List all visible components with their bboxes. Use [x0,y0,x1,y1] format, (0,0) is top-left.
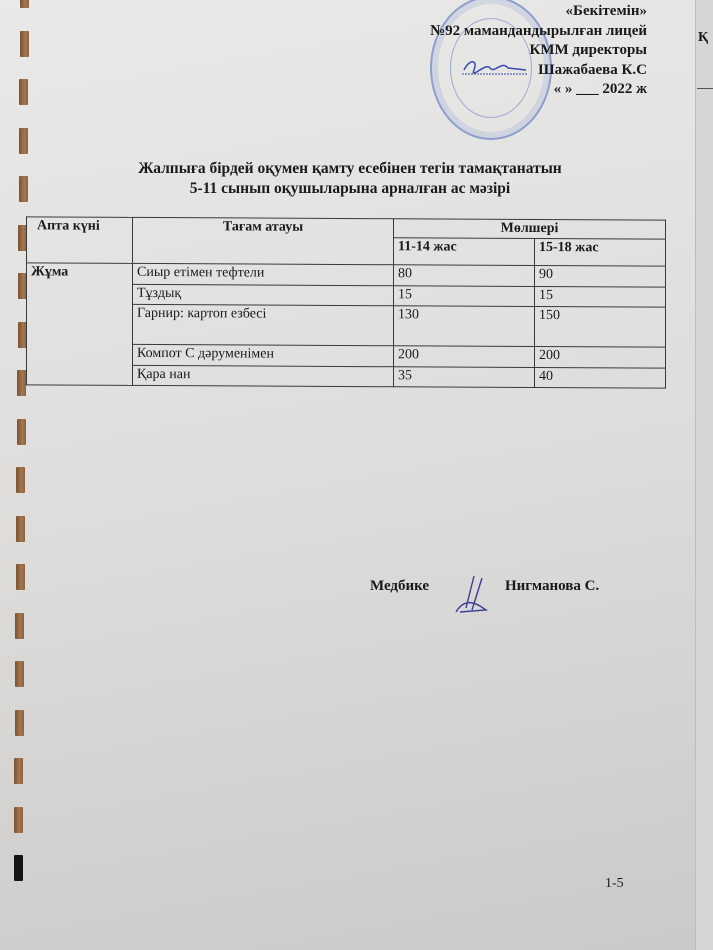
binder-tab [19,79,28,105]
amount-15-18-cell: 200 [535,346,666,368]
signer-name: Нигманова С. [505,578,599,595]
binder-tab [15,661,24,687]
dish-cell: Тұздық [133,284,394,305]
amount-11-14-cell: 130 [394,306,535,347]
binder-tab [19,128,28,154]
binder-tab [15,710,24,736]
header-row: Апта күні Тағам атауы Мөлшері [27,217,666,239]
binder-tab [16,564,25,590]
dish-cell: Қара нан [133,365,394,386]
binder-tab [20,0,29,8]
document-title-line1: Жалпыға бірдей оқумен қамту есебінен тег… [0,160,700,178]
amount-15-18-cell: 90 [535,265,666,287]
binder-tab [16,516,25,542]
binder-tab [14,855,23,881]
amount-15-18-cell: 15 [535,286,666,307]
amount-15-18-cell: 40 [535,367,666,388]
amount-11-14-cell: 35 [394,367,535,388]
table-row: ЖұмаСиыр етімен тефтели8090 [27,263,666,287]
binder-tab [20,31,29,57]
approval-heading: «Бекітемін» [430,2,647,22]
dish-cell: Компот С дәруменімен [133,344,394,366]
menu-table: Апта күні Тағам атауы Мөлшері 11-14 жас … [26,216,666,388]
approval-name: Шажабаева К.С [430,61,647,81]
dish-cell: Сиыр етімен тефтели [133,263,394,285]
dish-cell: Гарнир: картоп езбесі [133,304,394,345]
approval-position: КММ директоры [430,41,647,61]
document-page [0,0,700,950]
amount-11-14-cell: 200 [394,346,535,368]
header-age-15-18: 15-18 жас [535,238,666,266]
amount-15-18-cell: 150 [535,306,666,347]
binder-tab [17,419,26,445]
header-amount: Мөлшері [394,219,666,239]
signer-role: Медбике [370,578,429,595]
header-age-11-14: 11-14 жас [394,238,535,266]
day-cell: Жұма [27,263,133,386]
binder-tab [14,758,23,784]
binder-tab [15,613,24,639]
document-title-line2: 5-11 сынып оқушыларына арналған ас мәзір… [0,180,700,198]
header-day: Апта күні [27,217,133,264]
approval-block: «Бекітемін» №92 мамандандырылған лицей К… [430,2,647,100]
binder-tab [17,370,26,396]
adjacent-page-text: Қ [698,30,708,46]
amount-11-14-cell: 80 [394,265,535,287]
nurse-signature-icon [452,572,492,617]
header-dish: Тағам атауы [133,217,394,264]
binder-tab [14,807,23,833]
amount-11-14-cell: 15 [394,286,535,307]
page-number: 1-5 [605,876,624,892]
adjacent-page-rule [697,88,713,89]
approval-school: №92 мамандандырылған лицей [430,22,647,42]
adjacent-page-edge [695,0,713,950]
approval-date: « » ___ 2022 ж [430,80,647,100]
binder-tab [16,467,25,493]
